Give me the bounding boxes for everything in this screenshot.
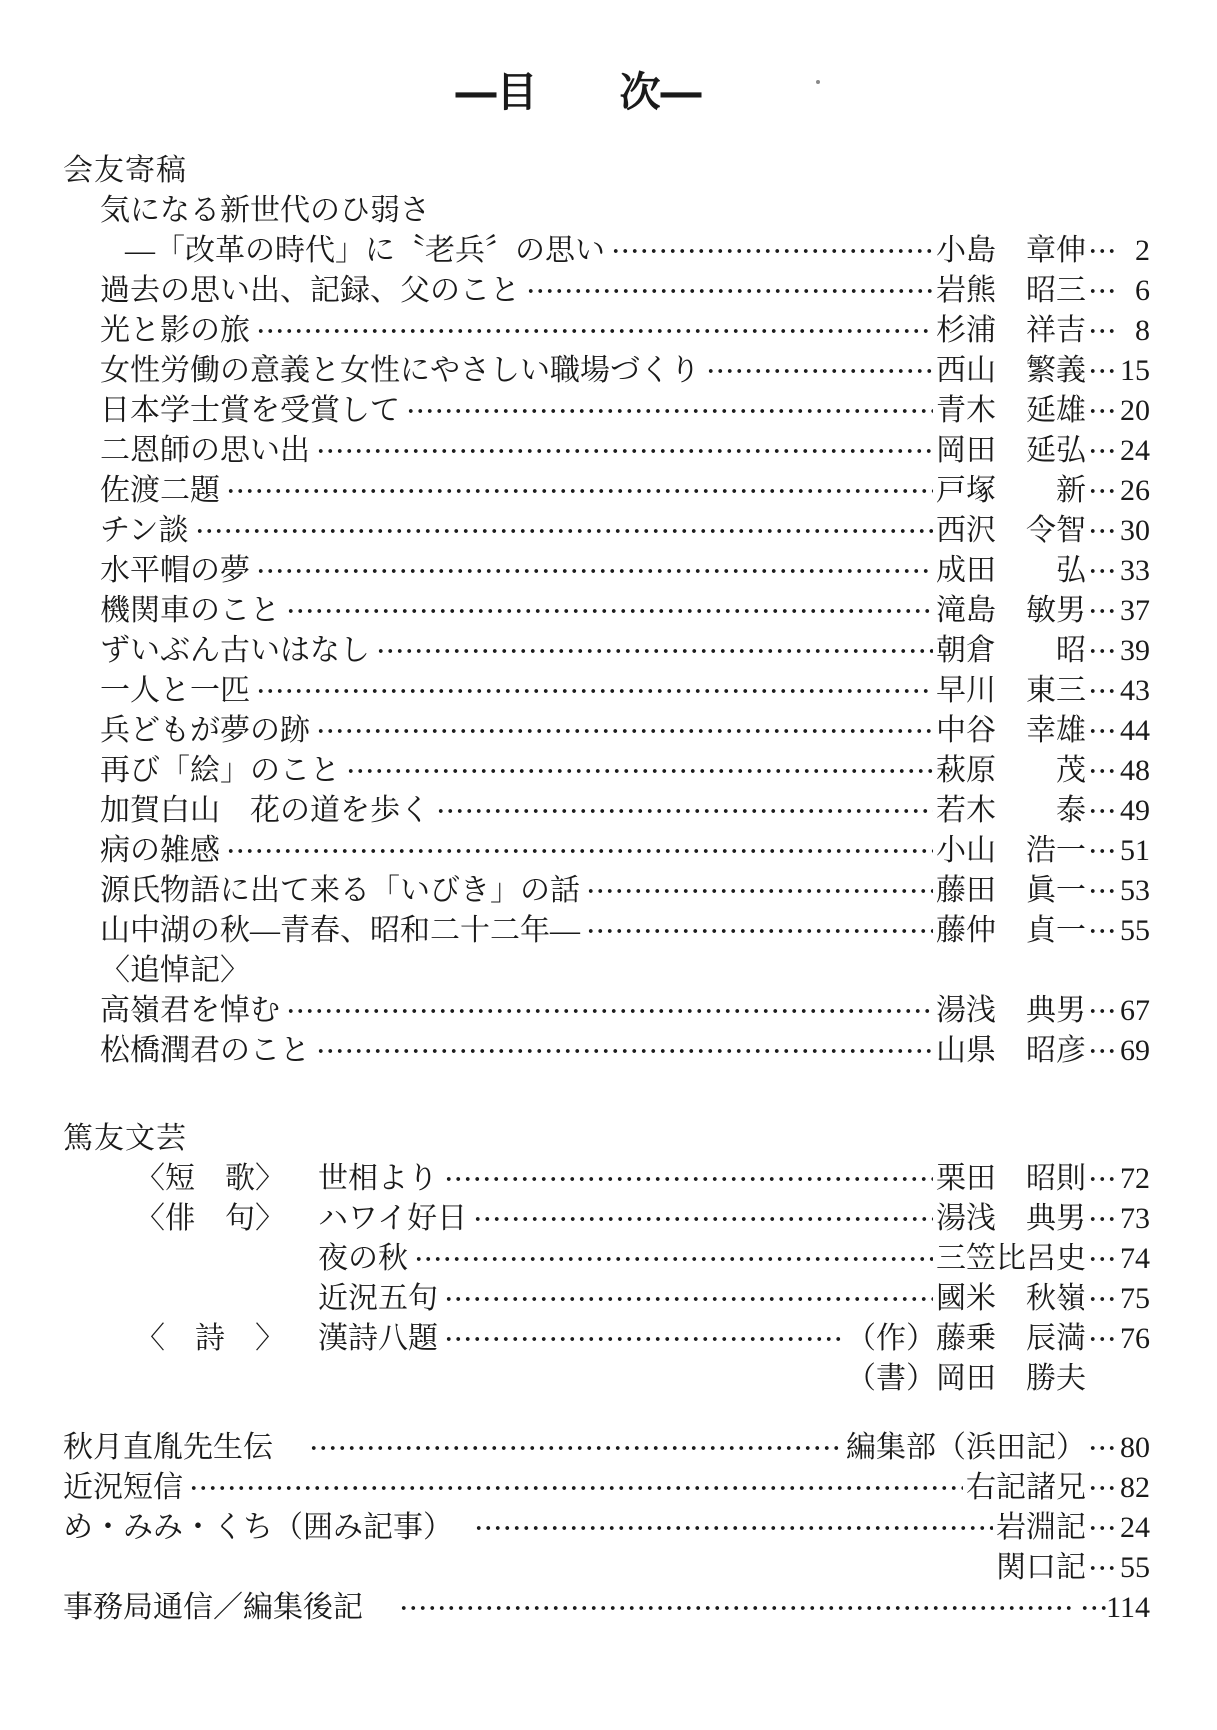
page-dots	[1086, 1443, 1114, 1453]
toc-entry: 秋月直胤先生伝 編集部（浜田記）80	[63, 1428, 1150, 1468]
entry-title: 松橋潤君のこと	[100, 1031, 310, 1071]
entry-author: 滝島 敏男	[936, 591, 1086, 631]
leader-dots	[704, 366, 933, 376]
entry-author: 萩原 茂	[936, 751, 1086, 791]
page-dots	[1086, 1006, 1114, 1016]
toc-entry: 水平帽の夢成田 弘33	[63, 551, 1150, 591]
entry-author: 藤仲 貞一	[936, 911, 1086, 951]
page-number: 49	[1114, 791, 1150, 831]
page-number: 72	[1114, 1159, 1150, 1199]
page-dots	[1086, 406, 1114, 416]
entry-title: 山中湖の秋―青春、昭和二十二年―	[100, 911, 580, 951]
page-number: 73	[1114, 1199, 1150, 1239]
toc-entry: ―「改革の時代」に〝老兵〞の思い小島 章伸2	[63, 231, 1150, 271]
page-dots	[1086, 286, 1114, 296]
entry-title: 兵どもが夢の跡	[100, 711, 310, 751]
page-number: 15	[1114, 351, 1150, 391]
toc-entry: 再び「絵」のこと萩原 茂48	[63, 751, 1150, 791]
toc-entry: 〈追悼記〉	[63, 951, 1150, 991]
entry-author: 西沢 令智	[936, 511, 1086, 551]
toc-entry: 事務局通信／編集後記 114	[63, 1588, 1150, 1628]
toc-entry: 病の雑感小山 浩一51	[63, 831, 1150, 871]
leader-dots	[472, 1523, 993, 1533]
entry-title: め・みみ・くち（囲み記事）	[63, 1508, 468, 1548]
section-header: 会友寄稿	[63, 151, 1150, 191]
toc-entry: 加賀白山 花の道を歩く若木 泰49	[63, 791, 1150, 831]
toc-entry: 〈俳 句〉ハワイ好日湯浅 典男73	[63, 1199, 1150, 1239]
entry-author: 青木 延雄	[936, 391, 1086, 431]
entry-author: 藤田 眞一	[936, 871, 1086, 911]
genre-label: 〈短 歌〉	[135, 1159, 318, 1199]
page-dots	[1086, 1214, 1114, 1224]
toc-entry: 〈短 歌〉世相より栗田 昭則72	[63, 1159, 1150, 1199]
leader-dots	[442, 1294, 933, 1304]
toc-entry: 過去の思い出、記録、父のこと岩熊 昭三6	[63, 271, 1150, 311]
page-number: 43	[1114, 671, 1150, 711]
entry-title: 日本学士賞を受賞して	[100, 391, 400, 431]
page-number: 55	[1114, 911, 1150, 951]
page-dots	[1086, 1174, 1114, 1184]
entry-author: 小島 章伸	[936, 231, 1086, 271]
page-number: 74	[1114, 1239, 1150, 1279]
leader-dots	[314, 1046, 933, 1056]
toc-section: 篤友文芸〈短 歌〉世相より栗田 昭則72〈俳 句〉ハワイ好日湯浅 典男73夜の秋…	[63, 1119, 1150, 1399]
entry-title: 近況五句	[318, 1279, 438, 1319]
page-dots	[1086, 486, 1114, 496]
entry-author: 右記諸兄	[966, 1468, 1086, 1508]
page-dots	[1086, 646, 1114, 656]
entry-title: ―「改革の時代」に〝老兵〞の思い	[125, 231, 605, 271]
page-number: 39	[1114, 631, 1150, 671]
page-number: 67	[1114, 991, 1150, 1031]
page-dots	[1086, 1046, 1114, 1056]
entry-author: 成田 弘	[936, 551, 1086, 591]
page-dots	[1086, 966, 1114, 976]
entry-title: 加賀白山 花の道を歩く	[100, 791, 430, 831]
leader-dots	[442, 1334, 843, 1344]
entry-title: チン談	[100, 511, 189, 551]
leader-dots	[397, 1603, 1075, 1613]
toc-entry: 近況短信右記諸兄82	[63, 1468, 1150, 1508]
leader-dots	[284, 1006, 933, 1016]
toc-page: ―目 次― 会友寄稿気になる新世代のひ弱さ―「改革の時代」に〝老兵〞の思い小島 …	[0, 0, 1217, 1730]
page-dots	[1086, 846, 1114, 856]
page-number: 37	[1114, 591, 1150, 631]
page-dots	[1086, 1254, 1114, 1264]
toc-entry: 女性労働の意義と女性にやさしい職場づくり西山 繁義15	[63, 351, 1150, 391]
page-title: ―目 次―	[0, 0, 1217, 114]
leader-dots	[314, 726, 933, 736]
page-number: 8	[1114, 311, 1150, 351]
page-number: 2	[1114, 231, 1150, 271]
section-header-label: 会友寄稿	[63, 151, 187, 191]
page-number: 6	[1114, 271, 1150, 311]
entry-title: 秋月直胤先生伝	[63, 1428, 303, 1468]
toc-entry: 佐渡二題戸塚 新26	[63, 471, 1150, 511]
page-number: 69	[1114, 1031, 1150, 1071]
leader-dots	[404, 406, 933, 416]
entry-author: 國米 秋嶺	[936, 1279, 1086, 1319]
section-header-label: 篤友文芸	[63, 1119, 187, 1159]
page-number: 80	[1114, 1428, 1150, 1468]
leader-dots	[434, 806, 933, 816]
entry-title: 光と影の旅	[100, 311, 250, 351]
entry-title: 〈追悼記〉	[100, 951, 250, 991]
leader-dots	[434, 206, 1083, 216]
entry-author: 中谷 幸雄	[936, 711, 1086, 751]
toc-entry: め・みみ・くち（囲み記事） 岩淵記24	[63, 1508, 1150, 1548]
toc-entry: 松橋潤君のこと山県 昭彦69	[63, 1031, 1150, 1071]
toc-section: 秋月直胤先生伝 編集部（浜田記）80近況短信右記諸兄82め・みみ・くち（囲み記事…	[63, 1428, 1150, 1628]
section-header: 篤友文芸	[63, 1119, 1150, 1159]
leader-dots	[224, 486, 933, 496]
entry-title: 二恩師の思い出	[100, 431, 310, 471]
page-dots	[1086, 326, 1114, 336]
leader-dots	[254, 966, 1083, 976]
leader-dots	[284, 606, 933, 616]
toc-entry: 近況五句國米 秋嶺75	[63, 1279, 1150, 1319]
toc-entry: 気になる新世代のひ弱さ	[63, 191, 1150, 231]
toc-entry: 〈 詩 〉漢詩八題（作）藤乗 辰満76	[63, 1319, 1150, 1359]
entry-title: ずいぶん古いはなし	[100, 631, 370, 671]
toc-entry: チン談西沢 令智30	[63, 511, 1150, 551]
leader-dots	[524, 286, 933, 296]
page-number: 55	[1114, 1548, 1150, 1588]
page-dots	[1086, 206, 1114, 216]
entry-title: 源氏物語に出て来る「いびき」の話	[100, 871, 580, 911]
leader-dots	[374, 646, 933, 656]
entry-author: 早川 東三	[936, 671, 1086, 711]
page-dots	[1086, 566, 1114, 576]
entry-author: 関口記	[996, 1548, 1086, 1588]
page-dots	[1086, 686, 1114, 696]
page-number: 48	[1114, 751, 1150, 791]
leader-dots	[609, 246, 933, 256]
entry-author: 栗田 昭則	[936, 1159, 1086, 1199]
page-dots	[1086, 1563, 1114, 1573]
entry-author: 編集部（浜田記）	[846, 1428, 1086, 1468]
toc-entry: 源氏物語に出て来る「いびき」の話藤田 眞一53	[63, 871, 1150, 911]
page-dots	[1086, 366, 1114, 376]
entry-title: 事務局通信／編集後記	[63, 1588, 393, 1628]
toc-entry: 夜の秋三笠比呂史74	[63, 1239, 1150, 1279]
leader-dots	[322, 1374, 843, 1384]
page-dots	[1078, 1603, 1106, 1613]
entry-title: 再び「絵」のこと	[100, 751, 340, 791]
leader-dots	[307, 1443, 843, 1453]
page-number: 82	[1114, 1468, 1150, 1508]
leader-dots	[412, 1254, 933, 1264]
page-number: 20	[1114, 391, 1150, 431]
entry-author: 小山 浩一	[936, 831, 1086, 871]
entry-author: 三笠比呂史	[936, 1239, 1086, 1279]
entry-author: 湯浅 典男	[936, 991, 1086, 1031]
leader-dots	[254, 566, 933, 576]
leader-dots	[254, 686, 933, 696]
entry-title: 機関車のこと	[100, 591, 280, 631]
page-dots	[1086, 806, 1114, 816]
page-dots	[1086, 526, 1114, 536]
leader-dots	[471, 1214, 933, 1224]
page-dots	[1086, 246, 1114, 256]
leader-dots	[584, 886, 933, 896]
entry-author: （作）藤乗 辰満	[846, 1319, 1086, 1359]
toc-entry: 二恩師の思い出岡田 延弘24	[63, 431, 1150, 471]
entry-author: 若木 泰	[936, 791, 1086, 831]
page-dots	[1086, 726, 1114, 736]
entry-title: 高嶺君を悼む	[100, 991, 280, 1031]
entry-title: ハワイ好日	[318, 1199, 467, 1239]
page-number: 26	[1114, 471, 1150, 511]
leader-dots	[224, 846, 933, 856]
entry-title: 佐渡二題	[100, 471, 220, 511]
page-number: 30	[1114, 511, 1150, 551]
toc-entry: ずいぶん古いはなし朝倉 昭39	[63, 631, 1150, 671]
genre-label: 〈俳 句〉	[135, 1199, 318, 1239]
page-dots	[1086, 926, 1114, 936]
page-number: 24	[1114, 1508, 1150, 1548]
leader-dots	[344, 766, 933, 776]
entry-title: 女性労働の意義と女性にやさしい職場づくり	[100, 351, 700, 391]
toc-entry: 関口記55	[63, 1548, 1150, 1588]
page-dots	[1086, 1294, 1114, 1304]
page-number: 51	[1114, 831, 1150, 871]
toc-entry: 兵どもが夢の跡中谷 幸雄44	[63, 711, 1150, 751]
toc-entry: （書）岡田 勝夫	[63, 1359, 1150, 1399]
scan-speck	[816, 80, 820, 84]
entry-author: 湯浅 典男	[936, 1199, 1086, 1239]
page-number: 33	[1114, 551, 1150, 591]
page-number: 53	[1114, 871, 1150, 911]
toc-entry: 日本学士賞を受賞して青木 延雄20	[63, 391, 1150, 431]
leader-dots	[67, 1563, 993, 1573]
page-number: 114	[1106, 1588, 1150, 1628]
entry-author: 杉浦 祥吉	[936, 311, 1086, 351]
entry-author: 戸塚 新	[936, 471, 1086, 511]
leader-dots	[314, 446, 933, 456]
page-dots	[1086, 1483, 1114, 1493]
leader-dots	[254, 326, 933, 336]
entry-author: 岩熊 昭三	[936, 271, 1086, 311]
page-number: 76	[1114, 1319, 1150, 1359]
page-dots	[1086, 766, 1114, 776]
leader-dots	[193, 526, 934, 536]
toc-list: 会友寄稿気になる新世代のひ弱さ―「改革の時代」に〝老兵〞の思い小島 章伸2過去の…	[0, 151, 1217, 1628]
entry-author: （書）岡田 勝夫	[846, 1359, 1086, 1399]
entry-title: 病の雑感	[100, 831, 220, 871]
entry-title: 水平帽の夢	[100, 551, 250, 591]
leader-dots	[442, 1174, 933, 1184]
page-dots	[1086, 446, 1114, 456]
entry-title: 近況短信	[63, 1468, 183, 1508]
entry-author: 岡田 延弘	[936, 431, 1086, 471]
toc-entry: 高嶺君を悼む湯浅 典男67	[63, 991, 1150, 1031]
page-dots	[1086, 606, 1114, 616]
toc-entry: 光と影の旅杉浦 祥吉8	[63, 311, 1150, 351]
toc-entry: 一人と一匹早川 東三43	[63, 671, 1150, 711]
entry-author: 山県 昭彦	[936, 1031, 1086, 1071]
toc-entry: 機関車のこと滝島 敏男37	[63, 591, 1150, 631]
page-dots	[1086, 1523, 1114, 1533]
leader-dots	[584, 926, 933, 936]
entry-author: 朝倉 昭	[936, 631, 1086, 671]
entry-title: 夜の秋	[318, 1239, 408, 1279]
page-number: 24	[1114, 431, 1150, 471]
entry-author: 西山 繁義	[936, 351, 1086, 391]
entry-author: 岩淵記	[996, 1508, 1086, 1548]
entry-title: 世相より	[318, 1159, 438, 1199]
entry-title: 漢詩八題	[318, 1319, 438, 1359]
page-dots	[1086, 886, 1114, 896]
toc-entry: 山中湖の秋―青春、昭和二十二年―藤仲 貞一55	[63, 911, 1150, 951]
toc-section: 会友寄稿気になる新世代のひ弱さ―「改革の時代」に〝老兵〞の思い小島 章伸2過去の…	[63, 151, 1150, 1071]
page-dots	[1086, 1334, 1114, 1344]
genre-label: 〈 詩 〉	[135, 1319, 318, 1359]
entry-title: 過去の思い出、記録、父のこと	[100, 271, 520, 311]
entry-title: 一人と一匹	[100, 671, 250, 711]
page-number: 44	[1114, 711, 1150, 751]
page-number: 75	[1114, 1279, 1150, 1319]
entry-title: 気になる新世代のひ弱さ	[100, 191, 430, 231]
leader-dots	[187, 1483, 963, 1493]
page-dots	[1086, 1374, 1114, 1384]
